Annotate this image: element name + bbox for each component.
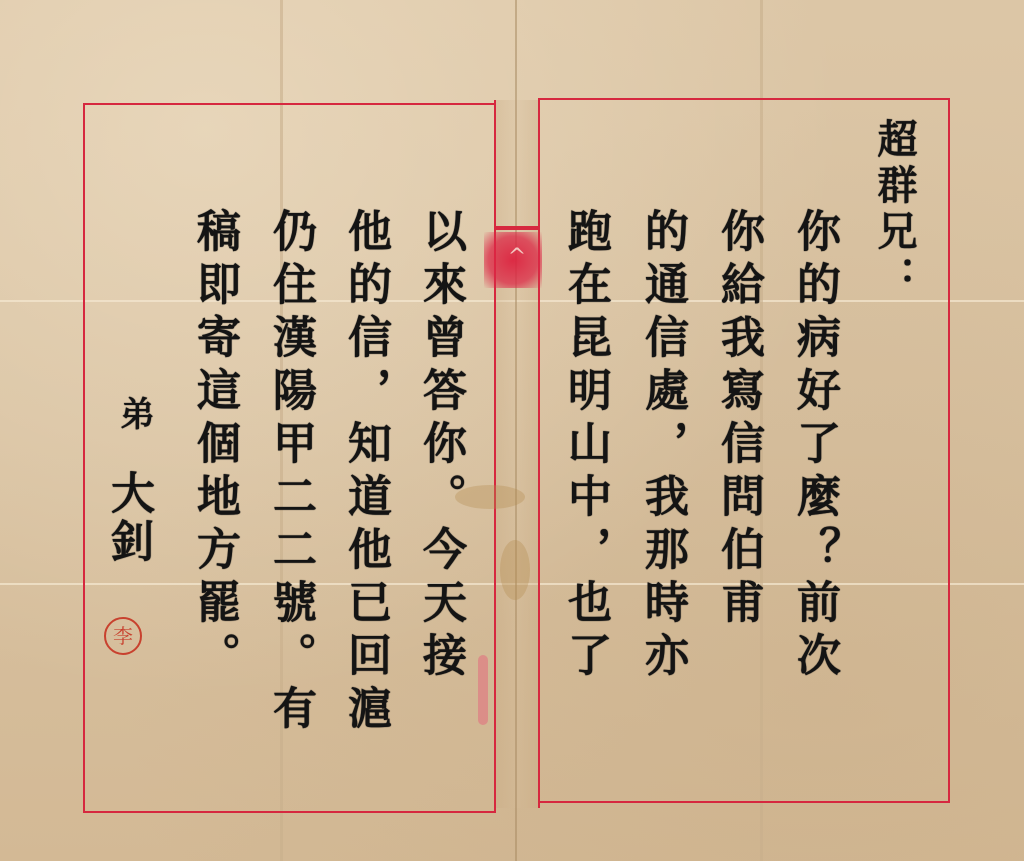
- salutation: 超群兄：: [866, 118, 923, 302]
- letter-column-6: 他的信，知道他已回滬: [333, 208, 397, 738]
- water-stain: [500, 540, 530, 600]
- letter-column-4: 跑在昆明山中，也了: [553, 208, 617, 685]
- signature-prefix: 弟: [110, 396, 159, 439]
- letter-column-3: 的通信處，我那時亦: [630, 208, 694, 685]
- signature-name: 大釗: [96, 470, 160, 566]
- center-chevron-mark: ^: [497, 246, 537, 270]
- letter-column-7: 仍住漢陽甲二二號。有: [258, 208, 322, 738]
- letter-column-2: 你給我寫信問伯甫: [706, 208, 770, 632]
- red-seal-stamp: 李: [104, 617, 142, 655]
- center-crease: [515, 0, 517, 861]
- letter-column-8: 稿即寄這個地方罷。: [182, 208, 246, 685]
- center-red-bar: [496, 226, 538, 230]
- center-gutter-strip: [494, 100, 540, 808]
- letter-column-1: 你的病好了麼？前次: [782, 208, 846, 685]
- letter-column-5: 以來曾答你。今天接: [408, 208, 472, 685]
- pink-ink-smudge: [478, 655, 488, 725]
